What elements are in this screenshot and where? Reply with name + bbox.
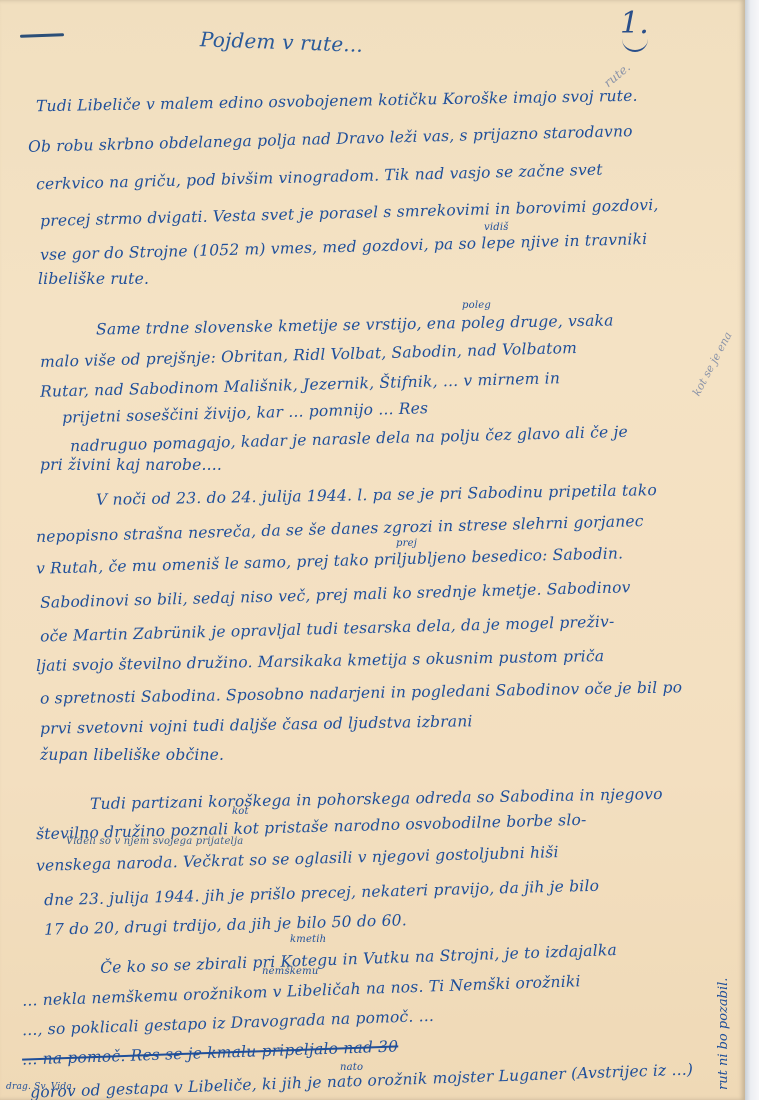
text-line: precej strmo dvigati. Vesta svet je pora…: [40, 196, 659, 230]
text-line: v Rutah, če mu omeniš le samo, prej tako…: [36, 544, 624, 577]
text-line: nepopisno strašna nesreča, da se še dane…: [36, 512, 644, 546]
text-line: ... nekla nemškemu orožnikom v Libeličah…: [22, 972, 581, 1009]
text-line: ..., so poklicali gestapo iz Dravograda …: [22, 1007, 434, 1039]
text-line: Ob robu skrbno obdelanega polja nad Drav…: [28, 122, 633, 156]
text-line: župan libeliške občine.: [40, 746, 224, 764]
text-line: venskega naroda. Večkrat so se oglasili …: [36, 843, 559, 875]
text-line: oče Martin Zabrünik je opravljal tudi te…: [40, 612, 615, 645]
margin-vertical-note: rut ni bo pozabil.: [716, 978, 731, 1090]
text-line: pri živini kaj narobe....: [40, 456, 222, 474]
text-line: malo više od prejšnje: Obritan, Ridl Vol…: [40, 339, 577, 371]
scan-edge: [745, 0, 759, 1100]
interlinear-note: kmetih: [290, 934, 326, 945]
pencil-note: rute.: [601, 60, 633, 90]
margin-pencil-note: kot se je ena: [690, 330, 735, 398]
page-number: 1.: [620, 6, 649, 41]
interlinear-note: vidiš: [484, 222, 509, 233]
text-line: nadruguo pomagajo, kadar je narasle dela…: [70, 423, 628, 456]
text-line: ljati svojo številno družino. Marsikaka …: [36, 647, 604, 675]
interlinear-insertion-note: Videli so v njem svojega prijatelja: [66, 836, 243, 847]
page-number-underline: [622, 38, 648, 52]
text-line: 17 do 20, drugi trdijo, da jih je bilo 5…: [44, 911, 407, 938]
text-line: Tudi partizani koroškega in pohorskega o…: [90, 785, 663, 813]
interlinear-note: nemškemu: [262, 966, 318, 977]
interlinear-note: poleg: [462, 300, 491, 311]
text-line: o spretnosti Sabodina. Sposobno nadarjen…: [40, 678, 682, 707]
manuscript-page: Pojdem v rute... 1. Tudi Libeliče v male…: [0, 0, 745, 1100]
text-line: V noči od 23. do 24. julija 1944. l. pa …: [96, 481, 657, 509]
text-line: vse gor do Strojne (1052 m) vmes, med go…: [40, 230, 648, 264]
text-line: Sabodinovi so bili, sedaj niso več, prej…: [40, 578, 631, 611]
text-line: libeliške rute.: [38, 270, 149, 288]
margin-dash: [20, 33, 64, 38]
interlinear-note: kot: [232, 806, 249, 817]
page-title: Pojdem v rute...: [200, 27, 364, 57]
text-line: Če ko so se zbirali pri Kotegu in Vutku …: [100, 941, 617, 977]
interlinear-note: prej: [396, 538, 417, 549]
text-line: Rutar, nad Sabodinom Mališnik, Jezernik,…: [40, 369, 560, 401]
text-line: Tudi Libeliče v malem edino osvobojenem …: [36, 87, 638, 115]
text-line: prvi svetovni vojni tudi daljše časa od …: [40, 712, 473, 738]
text-line: Same trdne slovenske kmetije se vrstijo,…: [96, 311, 614, 338]
text-line: prijetni soseščini živijo, kar ... pomni…: [62, 399, 429, 427]
text-line: dne 23. julija 1944. jih je prišlo prece…: [44, 877, 599, 910]
text-line: cerkvico na griču, pod bivšim vinogradom…: [36, 161, 603, 194]
margin-note: drag. Sv. Vida: [6, 1082, 72, 1092]
